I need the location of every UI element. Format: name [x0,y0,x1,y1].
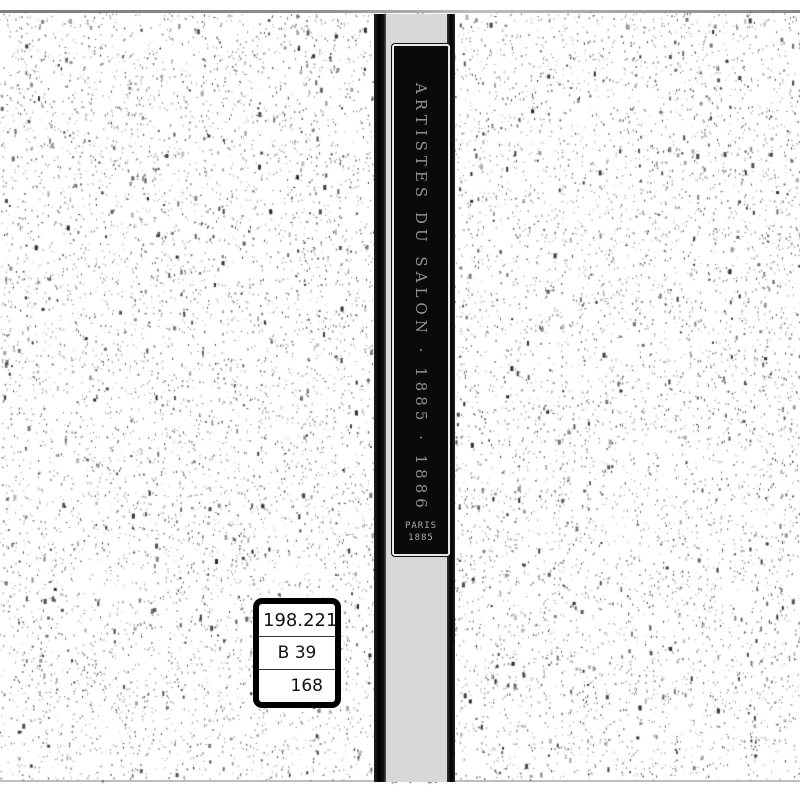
call-number-label: 198.221 B 39 168 [253,598,341,708]
spine-imprint-year: 1885 [394,532,448,544]
call-number-line-3: 168 [259,669,335,702]
call-number-label-body: 198.221 B 39 168 [259,604,335,702]
call-number-line-1: 198.221 [259,604,335,636]
spine-imprint-place: PARIS [394,520,448,532]
spine-hinge-left [374,14,386,782]
spine-title-label: ARTISTES DU SALON · 1885 · 1886 PARIS 18… [392,44,450,556]
spine-imprint: PARIS 1885 [394,520,448,544]
spine-title: ARTISTES DU SALON · 1885 · 1886 [412,83,430,513]
call-number-line-2: B 39 [259,636,335,669]
front-board [452,14,800,780]
